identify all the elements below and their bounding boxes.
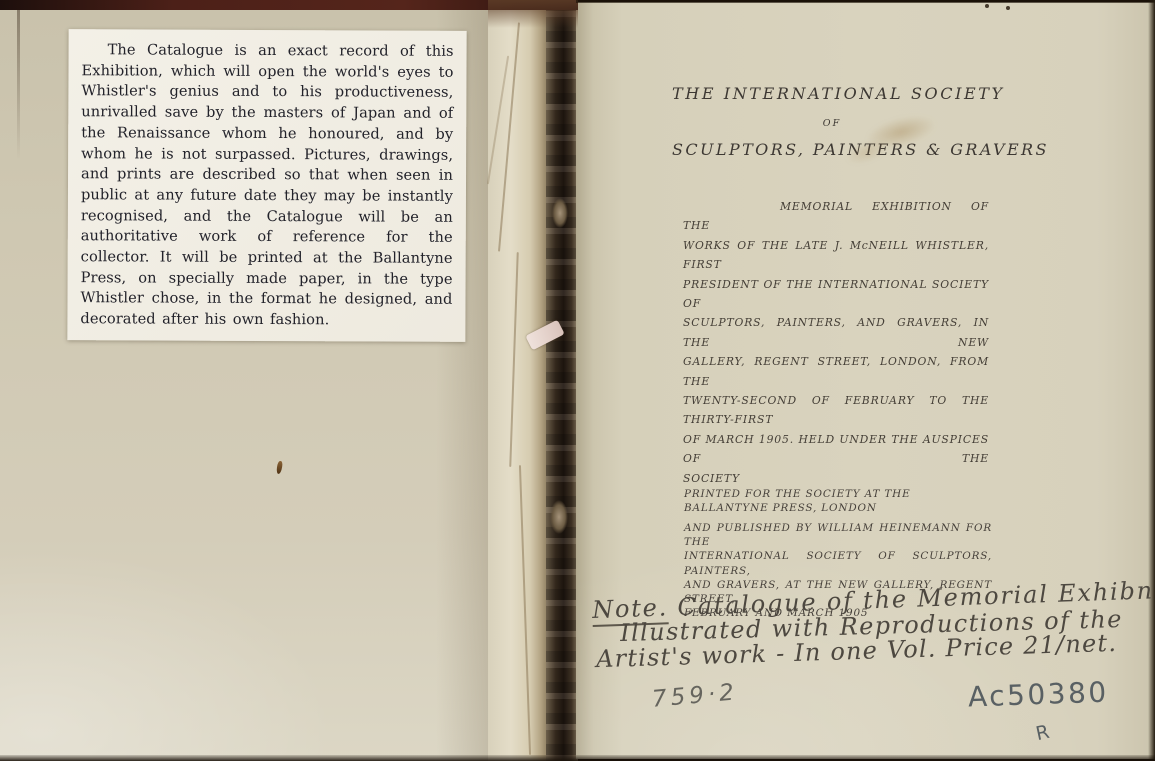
society-title: THE INTERNATIONAL SOCIETY OF SCULPTORS, …: [672, 84, 992, 159]
speck: [985, 4, 989, 8]
imprint-line: AND PUBLISHED BY WILLIAM HEINEMANN FOR T…: [684, 521, 992, 549]
imprint-printer: PRINTED FOR THE SOCIETY AT THEBALLANTYNE…: [684, 487, 992, 515]
imprint-line: BALLANTYNE PRESS, LONDON: [684, 501, 992, 515]
book-photo: The Catalogue is an exact record of this…: [0, 0, 1155, 761]
spine-binding: [546, 0, 578, 761]
memorial-line: OF MARCH 1905. HELD UNDER THE AUSPICES O…: [683, 430, 989, 469]
memorial-line: SCULPTORS, PAINTERS, AND GRAVERS, IN THE…: [683, 313, 989, 352]
memorial-line: MEMORIAL EXHIBITION OF THE: [683, 197, 989, 236]
speck: [1006, 6, 1010, 10]
spine-top-edge: [488, 0, 578, 28]
imprint-line: PRINTED FOR THE SOCIETY AT THE: [684, 487, 992, 501]
title-of: OF: [672, 118, 992, 129]
label-paragraph: The Catalogue is an exact record of this…: [80, 40, 453, 331]
pencil-accession-number: Ac50380: [967, 676, 1109, 714]
memorial-line: SOCIETY: [683, 469, 989, 488]
cover-board-edge: [17, 10, 20, 160]
memorial-line: TWENTY-SECOND OF FEBRUARY TO THE THIRTY-…: [683, 391, 989, 430]
memorial-line: GALLERY, REGENT STREET, LONDON, FROM THE: [683, 352, 989, 391]
pasted-label: The Catalogue is an exact record of this…: [67, 29, 466, 342]
memorial-statement: MEMORIAL EXHIBITION OF THEWORKS OF THE L…: [683, 197, 989, 488]
title-line1: THE INTERNATIONAL SOCIETY: [672, 84, 992, 103]
imprint-line: INTERNATIONAL SOCIETY OF SCULPTORS, PAIN…: [684, 549, 992, 577]
spine-knob: [550, 500, 568, 534]
title-line2: SCULPTORS, PAINTERS & GRAVERS: [672, 140, 992, 159]
spine-knob: [552, 198, 568, 228]
memorial-line: WORKS OF THE LATE J. McNEILL WHISTLER, F…: [683, 236, 989, 275]
page-top-edge: [576, 0, 1155, 3]
page-right-edge: [1148, 0, 1155, 761]
page-bottom-edge: [0, 755, 1155, 761]
memorial-line: PRESIDENT OF THE INTERNATIONAL SOCIETY O…: [683, 275, 989, 314]
